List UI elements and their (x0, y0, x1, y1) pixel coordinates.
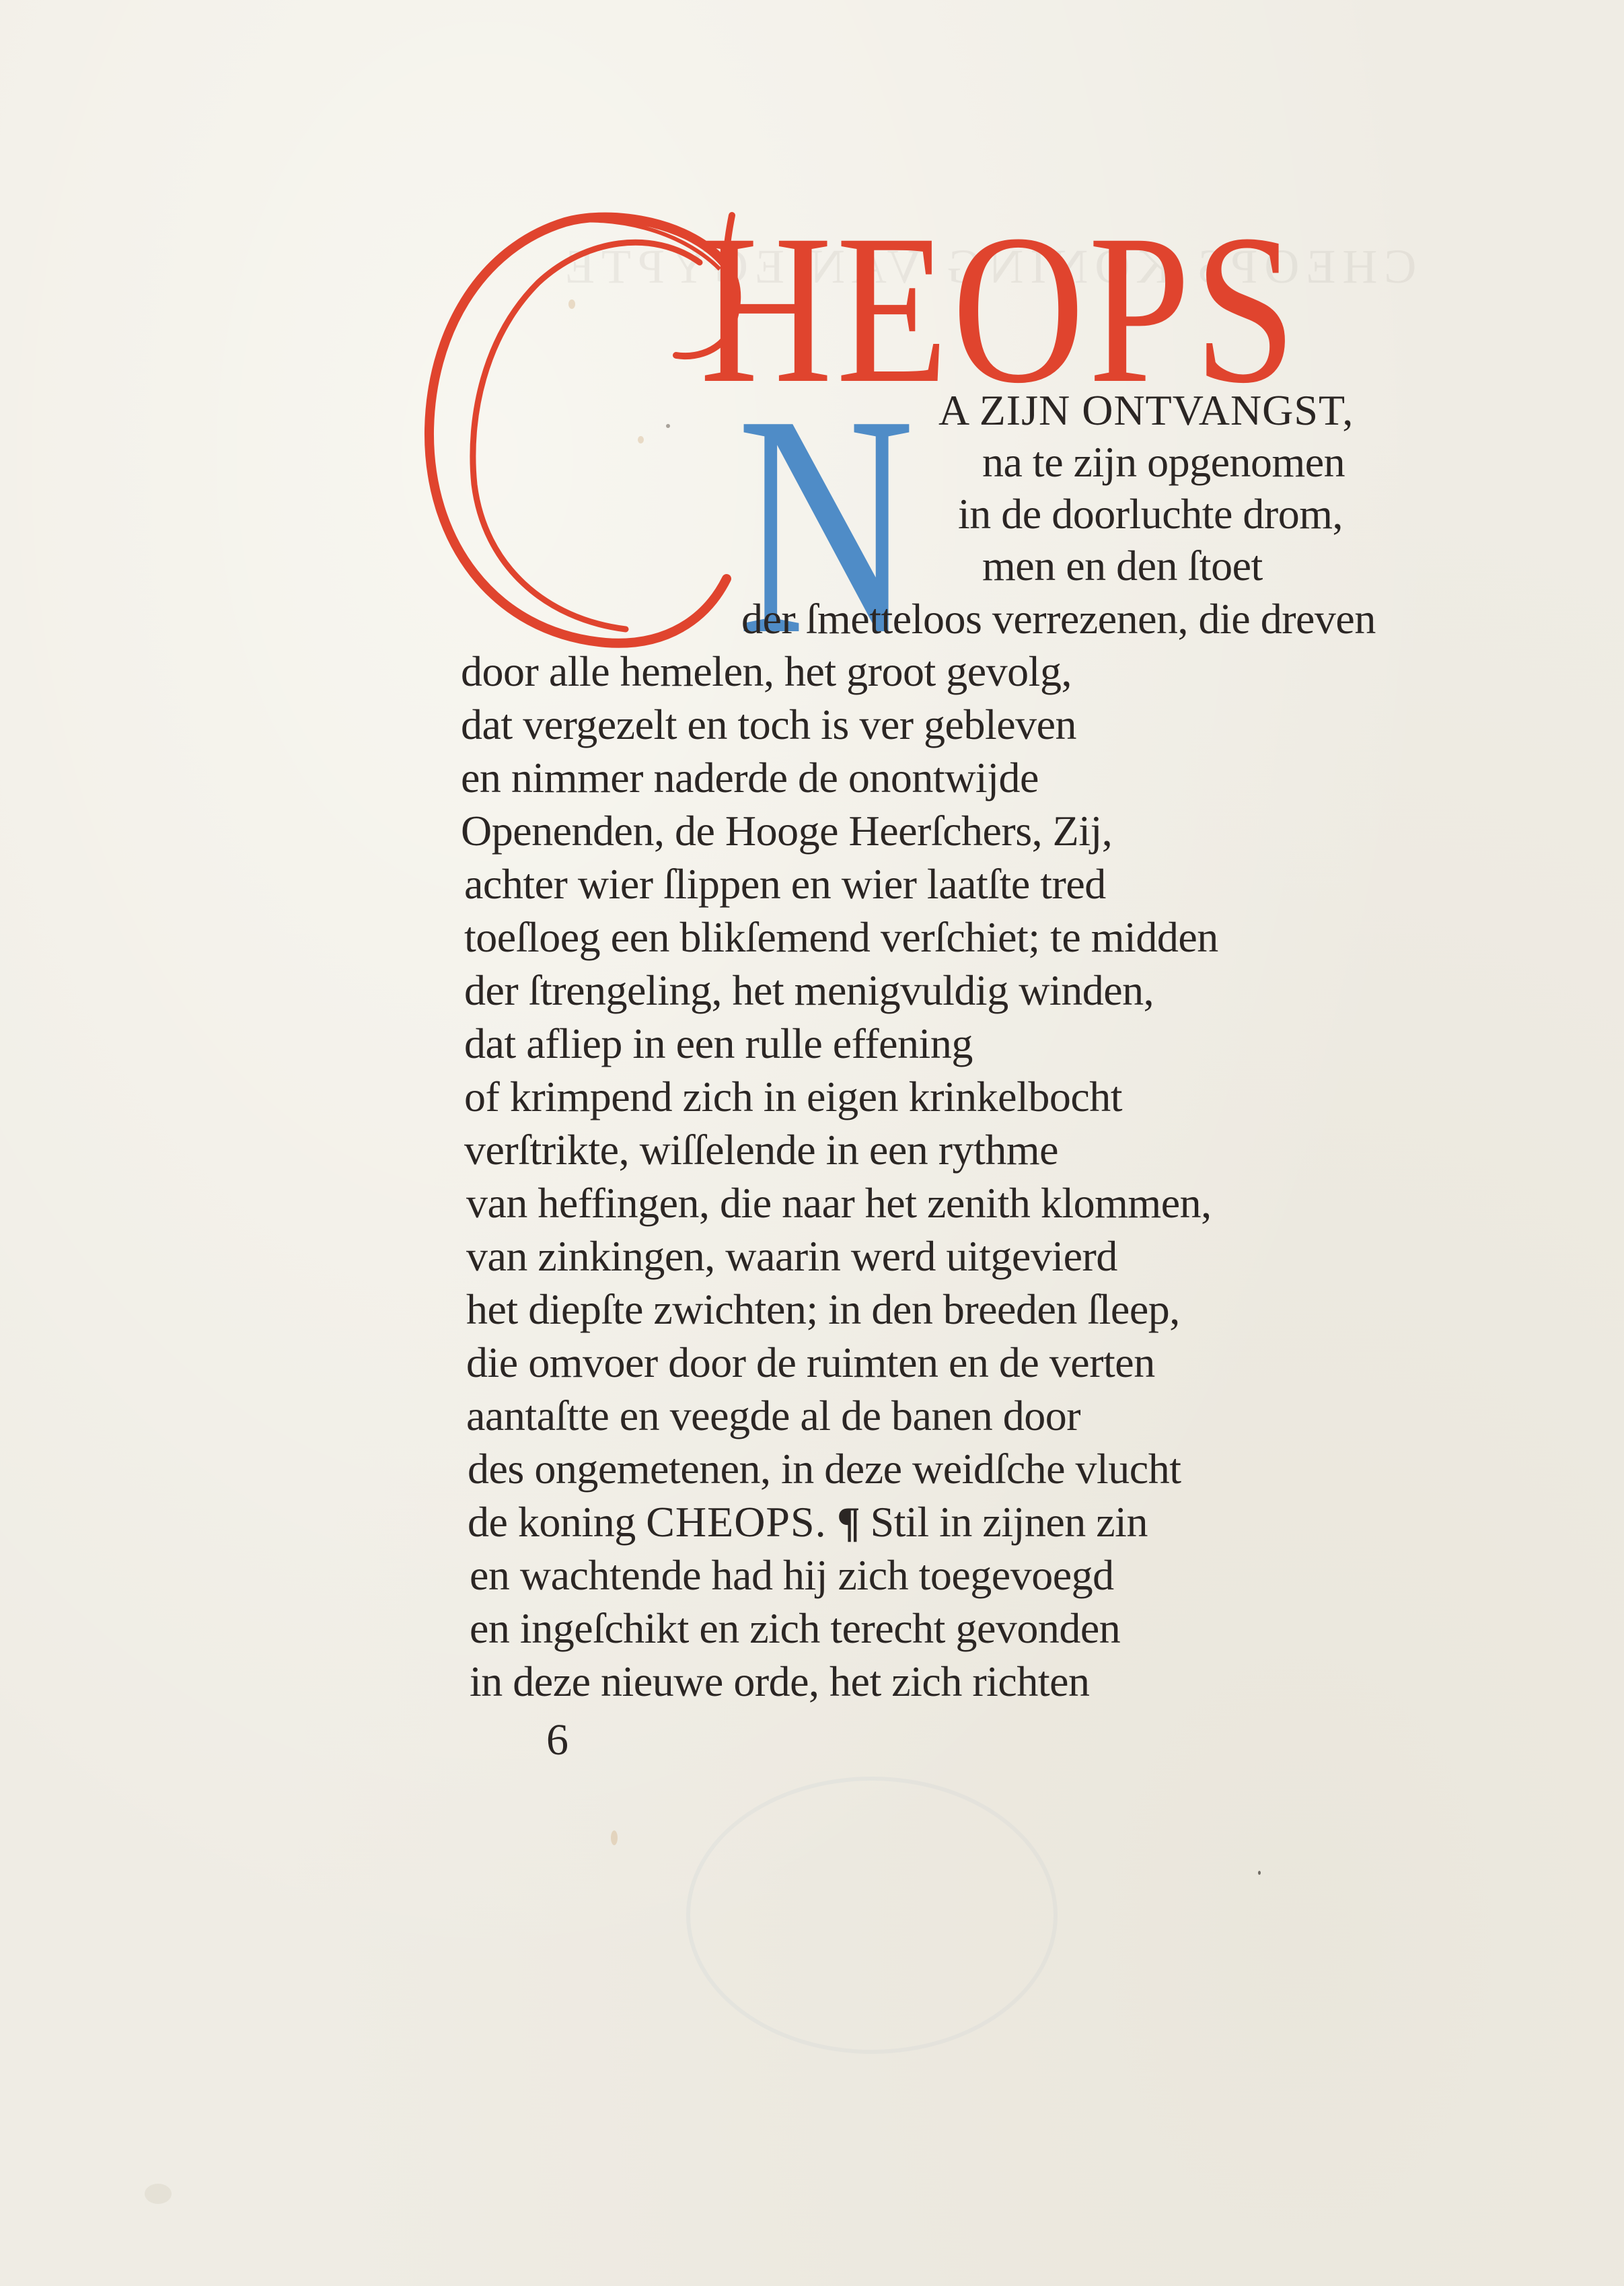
pilcrow-icon: ¶ (837, 1498, 860, 1546)
opening-line: in de doorluchte drom, (958, 493, 1343, 536)
cheops-line: de koning CHEOPS. ¶ Stil in zijnen zin (468, 1501, 1148, 1544)
body-line: of krimpend zich in eigen krinkelbocht (464, 1075, 1122, 1118)
body-line: het diepſte zwichten; in den breeden ſle… (466, 1288, 1180, 1331)
decorative-initial-c-icon (410, 202, 747, 653)
body-line: van zinkingen, waarin werd uitgevierd (466, 1235, 1117, 1278)
opening-line: na te zijn opgenomen (982, 441, 1345, 484)
book-page: CHEOPS KONING VAN EGYPTE HEOPS N A ZIJN … (0, 0, 1624, 2286)
body-line: der ſtrengeling, het menigvuldig winden, (464, 969, 1154, 1012)
page-number: 6 (546, 1715, 568, 1766)
foxing-speck (145, 2184, 172, 2204)
body-line: en ingeſchikt en zich terecht gevonden (470, 1607, 1120, 1650)
watermark-seal (686, 1777, 1058, 2054)
opening-line: der ſmetteloos verrezenen, die dreven (741, 598, 1376, 641)
body-line: des ongemetenen, in deze weidſche vlucht (468, 1448, 1181, 1491)
body-line: dat vergezelt en toch is ver gebleven (461, 703, 1076, 746)
body-line: aantaſtte en veegde al de banen door (466, 1394, 1080, 1437)
foxing-speck (568, 299, 575, 309)
cheops-name: CHEOPS. (646, 1498, 826, 1546)
cheops-line-after: Stil in zijnen zin (860, 1498, 1148, 1546)
foxing-speck (666, 424, 670, 428)
body-line: in deze nieuwe orde, het zich richten (470, 1660, 1090, 1703)
opening-line: A ZIJN ONTVANGST, (938, 389, 1354, 432)
body-line: en wachtende had hij zich toegevoegd (470, 1554, 1114, 1597)
body-line: door alle hemelen, het groot gevolg, (461, 650, 1072, 693)
body-line: die omvoer door de ruimten en de verten (466, 1341, 1155, 1384)
body-line: achter wier ſlippen en wier laatſte tred (464, 863, 1106, 906)
body-line: van heffingen, die naar het zenith klomm… (466, 1182, 1212, 1225)
foxing-speck (638, 436, 644, 443)
body-line: dat afliep in een rulle effening (464, 1022, 973, 1065)
body-line: en nimmer naderde de onontwijde (461, 756, 1039, 799)
foxing-speck (611, 1830, 618, 1845)
body-line: toeſloeg een blikſemend verſchiet; te mi… (464, 916, 1218, 959)
body-line: verſtrikte, wiſſelende in een rythme (464, 1129, 1058, 1172)
foxing-speck (1258, 1871, 1261, 1875)
body-line: Openenden, de Hooge Heerſchers, Zij, (461, 810, 1112, 853)
cheops-line-before: de koning (468, 1498, 646, 1546)
opening-line: men en den ſtoet (982, 544, 1263, 587)
